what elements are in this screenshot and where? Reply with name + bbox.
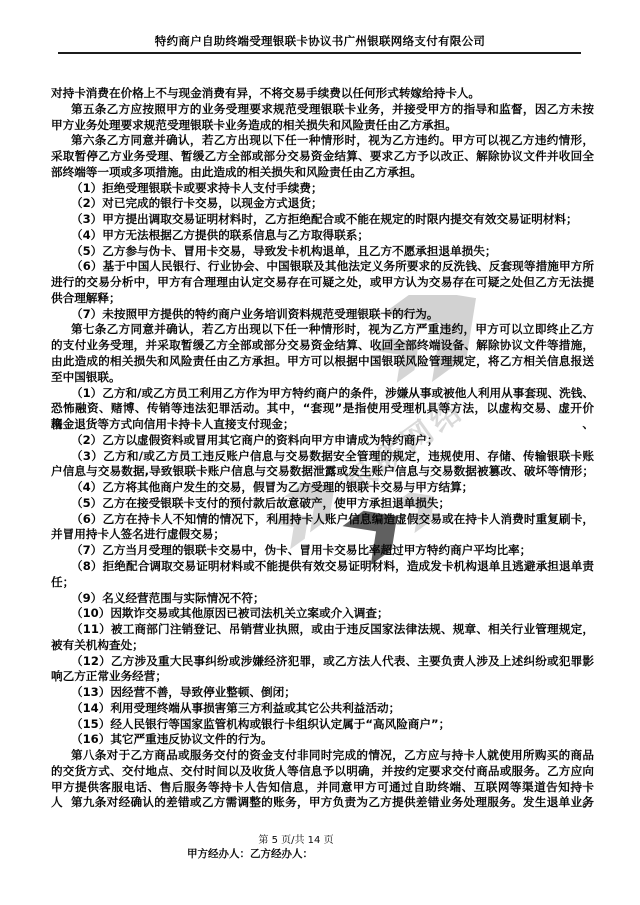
body-line: 第五条乙方应按照甲方的业务受理要求规范受理银联卡业务，并接受甲方的指导和监督，因… xyxy=(51,102,594,118)
body-line: 甲方提供客服电话、售后服务等持卡人告知信息，并同意甲方可通过自助终端、互联网等渠… xyxy=(51,780,594,796)
body-line: （6）乙方在持卡人不知情的情况下，利用持卡人账户信息编造虚假交易或在持卡人消费时… xyxy=(51,512,594,528)
body-line: （2）乙方以虚假资料或冒用其它商户的资料向甲方申请成为特约商户； xyxy=(51,433,594,449)
body-line: 第九条对经确认的差错或乙方需调整的账务，甲方负责为乙方提供差错业务处理服务。发生… xyxy=(51,795,594,811)
body-line: 对持卡消费在价格上不与现金消费有异，不将交易手续费以任何形式转嫁给持卡人。 xyxy=(51,86,594,102)
body-line: 第七条乙方同意并确认，若乙方出现以下任一种情形时，视为乙方严重违约，甲方可以立即… xyxy=(51,322,594,338)
handlers-signature-line: 甲方经办人：乙方经办人： xyxy=(187,846,313,861)
body-line: （8）拒绝配合调取交易证明材料或不能提供有效交易证明材料，造成发卡机构退单且逃避… xyxy=(51,559,594,575)
body-line: 响乙方正常业务经营； xyxy=(51,669,594,685)
document-title: 特约商户自助终端受理银联卡协议书广州银联网络支付有限公司 xyxy=(0,33,640,49)
body-line: （14）利用受理终端从事损害第三方利益或其它公共利益活动； xyxy=(51,701,594,717)
contract-body: 对持卡消费在价格上不与现金消费有异，不将交易手续费以任何形式转嫁给持卡人。第五条… xyxy=(51,86,594,811)
body-line: （12）乙方涉及重大民事纠纷或涉嫌经济犯罪，或乙方法人代表、主要负责人涉及上述纠… xyxy=(51,654,594,670)
body-line: （13）因经营不善，导致停业整顿、倒闭； xyxy=(51,685,594,701)
body-line: （11）被工商部门注销登记、吊销营业执照，或由于违反国家法律法规、规章、相关行业… xyxy=(51,622,594,638)
body-line: 的交货方式、交付地点、交付时间以及收货人等信息予以明确，并按约定要求交付商品或服… xyxy=(51,764,594,780)
body-line: （2）对已完成的银行卡交易，以现金方式退货； xyxy=(51,196,594,212)
body-line: 第六条乙方同意并确认，若乙方出现以下任一种情形时，视为乙方违约。甲方可以视乙方违… xyxy=(51,133,594,149)
body-line: 供合理解释； xyxy=(51,291,594,307)
body-line: 部终端等一项或多项措施。由此造成的相关损失和风险责任由乙方承担。 xyxy=(51,165,594,181)
body-line: （7）未按照甲方提供的特约商户业务培训资料规范受理银联卡的行为。 xyxy=(51,307,594,323)
body-line: （7）乙方当月受理的银联卡交易中，伪卡、冒用卡交易比率超过甲方特约商户平均比率； xyxy=(51,543,594,559)
body-line: 第八条对于乙方商品或服务交付的资金支付非同时完成的情况，乙方应与持卡人就使用所购… xyxy=(51,748,594,764)
body-line: 进行的交易分析中，甲方有合理理由认定交易存在可疑之处，或甲方认为交易存在可疑之处… xyxy=(51,275,594,291)
body-line: 至中国银联。 xyxy=(51,370,594,386)
body-line: （5）乙方参与伪卡、冒用卡交易，导致发卡机构退单，且乙方不愿承担退单损失； xyxy=(51,244,594,260)
body-line: 被有关机构查处； xyxy=(51,638,594,654)
body-line: 任； xyxy=(51,575,594,591)
body-line: （1）乙方和/或乙方员工利用乙方作为甲方特约商户的条件，涉嫌从事或被他人利用从事… xyxy=(51,386,594,402)
body-line: 并冒用持卡人签名进行虚假交易； xyxy=(51,527,594,543)
body-line: （5）乙方在接受银联卡支付的预付款后故意破产，使甲方承担退单损失； xyxy=(51,496,594,512)
body-line: （16）其它严重违反协议文件的行为。 xyxy=(51,732,594,748)
body-line: 采取暂停乙方业务受理、暂缓乙方全部或部分交易资金结算、要求乙方予以改正、解除协议… xyxy=(51,149,594,165)
body-line: 甲方业务处理要求规范受理银联卡业务造成的相关损失和风险责任由乙方承担。 xyxy=(51,118,594,134)
body-line: 户信息与交易数据,导致银联卡账户信息与交易数据泄露或发生账户信息与交易数据被篡改… xyxy=(51,464,594,480)
body-line: 恐怖融资、赌博、传销等违法犯罪活动。其中，“套现”是指使用受理机具等方法，以虚构… xyxy=(51,401,594,417)
body-line: （3）甲方提出调取交易证明材料时，乙方拒绝配合或不能在规定的时限内提交有效交易证… xyxy=(51,212,594,228)
body-line: （1）拒绝受理银联卡或要求持卡人支付手续费； xyxy=(51,181,594,197)
body-line: （15）经人民银行等国家监管机构或银行卡组织认定属于“高风险商户”； xyxy=(51,717,594,733)
title-divider-line xyxy=(58,52,581,54)
body-line: 的支付业务受理，并采取暂缓乙方全部或部分交易资金结算、收回全部终端设备、解除协议… xyxy=(51,338,594,354)
body-line: （4）乙方将其他商户发生的交易，假冒为乙方受理的银联卡交易与甲方结算； xyxy=(51,480,594,496)
body-line: （3）乙方和/或乙方员工违反账户信息与交易数据安全管理的规定，违规使用、存储、传… xyxy=(51,449,594,465)
body-line: （6）基于中国人民银行、行业协会、中国银联及其他法定义务所要求的反洗钱、反套现等… xyxy=(51,259,594,275)
body-line: （10）因欺诈交易或其他原因已被司法机关立案或介入调查； xyxy=(51,606,594,622)
body-line: （9）名义经营范围与实际情况不符； xyxy=(51,591,594,607)
page-number: 第 5 页/共 14 页 xyxy=(0,831,592,846)
body-line: （4）甲方无法根据乙方提供的联系信息与乙方取得联系； xyxy=(51,228,594,244)
document-page: 银联网络 特约商户自助终端受理银联卡协议书广州银联网络支付有限公司 对持卡消费在… xyxy=(0,0,640,905)
body-line: 由此造成的相关损失和风险责任由乙方承担。甲方可以根据中国银联风险管理规定，将乙方… xyxy=(51,354,594,370)
